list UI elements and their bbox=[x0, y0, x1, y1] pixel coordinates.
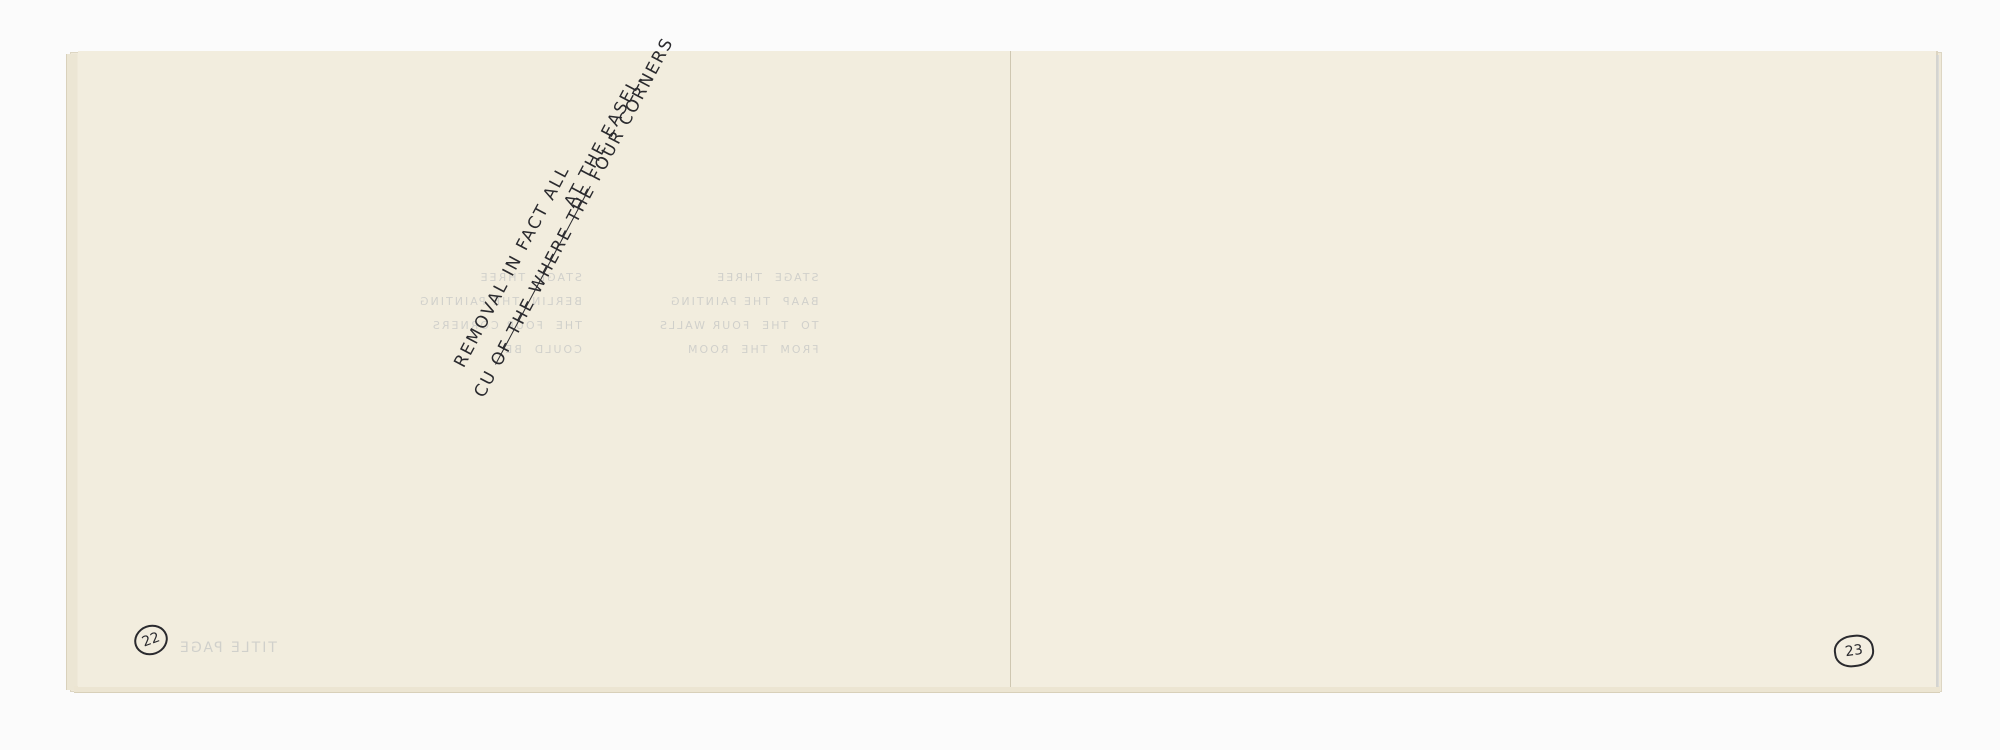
annotation-text: AT THE EASEL. bbox=[560, 69, 648, 211]
left-page: STAGE THREE BERLIN THE PAINTING THE FOUR… bbox=[78, 51, 1011, 687]
page-number-23: 23 bbox=[1832, 632, 1876, 669]
right-page: 23 bbox=[1011, 51, 1938, 687]
show-through-text-2: STAGE THREE BAAP THE PAINTING TO THE FOU… bbox=[658, 266, 819, 362]
annotation-line-3: AT THE EASEL. bbox=[560, 69, 648, 211]
stack-left-edge bbox=[66, 54, 77, 690]
stack-bottom-edge bbox=[74, 686, 1940, 693]
page-number-22: 22 bbox=[130, 620, 172, 660]
page-edge-shadow bbox=[1936, 55, 1939, 687]
show-through-footer: TITLE PAGE bbox=[178, 636, 277, 660]
